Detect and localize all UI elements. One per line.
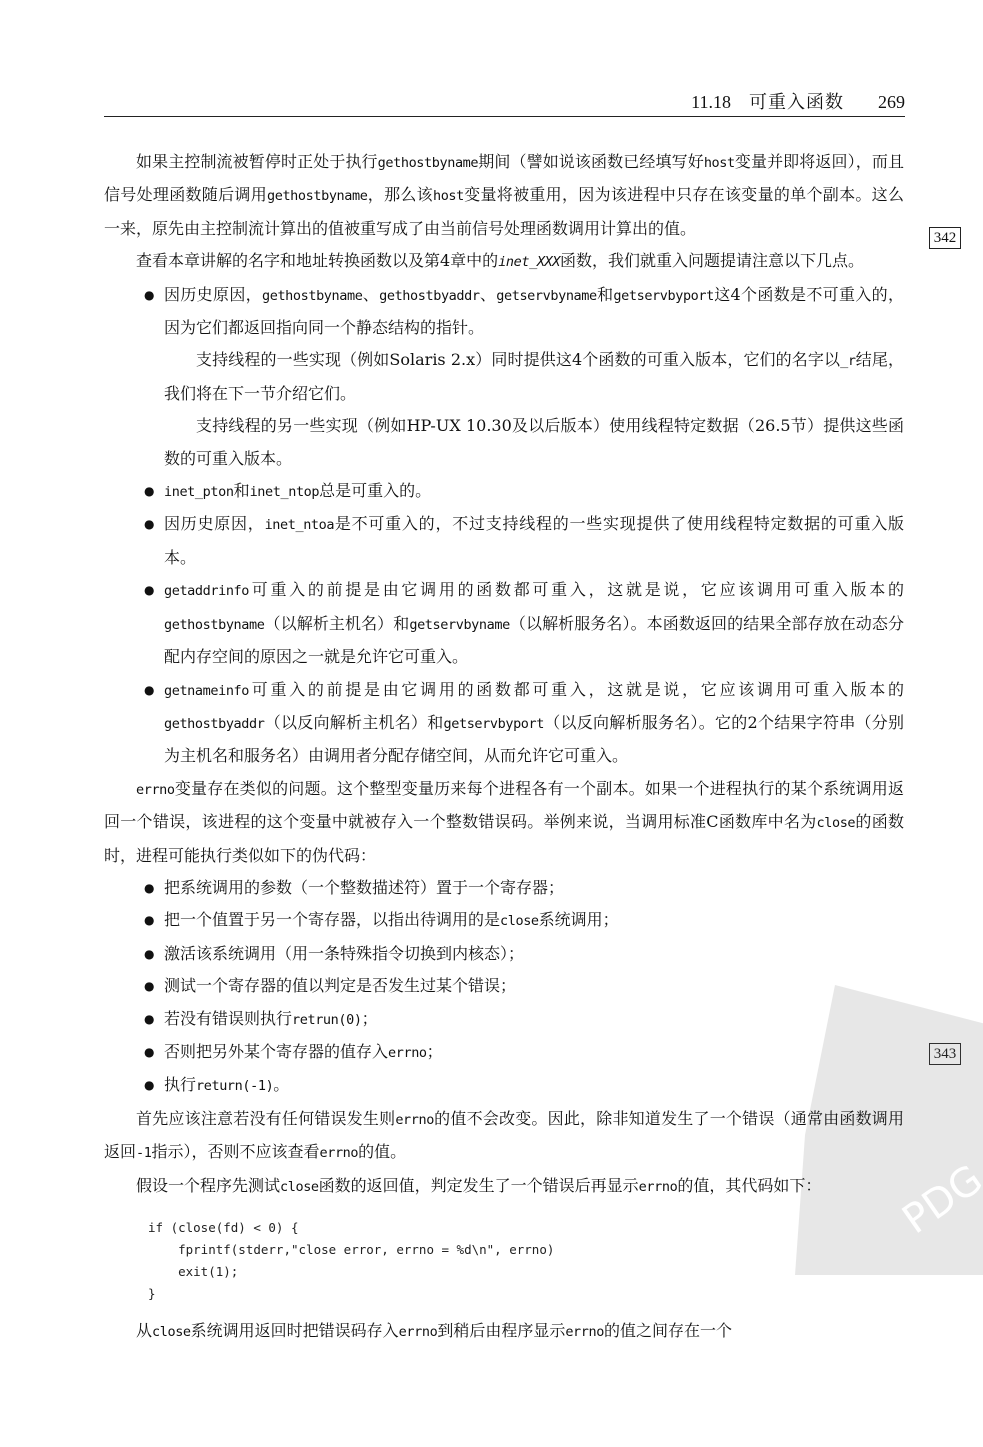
- margin-page-ref-343: 343: [929, 1043, 961, 1065]
- svg-text:PDG: PDG: [894, 1156, 983, 1243]
- code-line: if (close(fd) < 0) {: [148, 1217, 904, 1239]
- sub-paragraph-solaris: 支持线程的一些实现（例如Solaris 2.x）同时提供这4个函数的可重入版本，…: [164, 344, 904, 410]
- bullet-icon: ●: [144, 475, 154, 507]
- bullet-icon: ●: [144, 279, 154, 311]
- book-page: 11.18可重入函数269 342 343 PDG 如果主控制流被暂停时正处于执…: [0, 0, 983, 1447]
- list-item: ●测试一个寄存器的值以判定是否发生过某个错误；: [104, 970, 904, 1002]
- list-item: ●执行return(-1)。: [104, 1069, 904, 1102]
- sub-paragraph-hpux: 支持线程的另一些实现（例如HP-UX 10.30及以后版本）使用线程特定数据（2…: [164, 410, 904, 475]
- bullet-icon: ●: [144, 872, 154, 904]
- paragraph-errno-unchanged: 首先应该注意若没有任何错误发生则errno的值不会改变。因此，除非知道发生了一个…: [104, 1103, 904, 1170]
- pseudocode-bullet-list: ●把系统调用的参数（一个整数描述符）置于一个寄存器； ●把一个值置于另一个寄存器…: [104, 872, 904, 1103]
- bullet-icon: ●: [144, 1003, 154, 1035]
- paragraph-errno-problem: errno变量存在类似的问题。这个整型变量历来每个进程各有一个副本。如果一个进程…: [104, 773, 904, 872]
- bullet-icon: ●: [144, 1069, 154, 1101]
- code-line: }: [148, 1283, 904, 1305]
- paragraph-reentrancy-intro: 查看本章讲解的名字和地址转换函数以及第4章中的inet_XXX函数，我们就重入问…: [104, 245, 904, 278]
- page-number: 269: [878, 92, 905, 113]
- bullet-icon: ●: [144, 574, 154, 606]
- code-block: if (close(fd) < 0) { fprintf(stderr,"clo…: [148, 1217, 904, 1305]
- list-item: ●把系统调用的参数（一个整数描述符）置于一个寄存器；: [104, 872, 904, 904]
- section-title: 可重入函数: [749, 88, 844, 114]
- code-line: exit(1);: [148, 1261, 904, 1283]
- reentrancy-bullet-list: ● 因历史原因，gethostbyname、gethostbyaddr、gets…: [104, 279, 904, 773]
- list-item: ● getnameinfo可重入的前提是由它调用的函数都可重入，这就是说，它应该…: [104, 674, 904, 773]
- bullet-icon: ●: [144, 508, 154, 540]
- margin-page-ref-342: 342: [929, 227, 961, 249]
- bullet-icon: ●: [144, 904, 154, 936]
- paragraph-close-example: 假设一个程序先测试close函数的返回值，判定发生了一个错误后再显示errno的…: [104, 1170, 904, 1203]
- bullet-icon: ●: [144, 674, 154, 706]
- paragraph-race-window: 从close系统调用返回时把错误码存入errno到稍后由程序显示errno的值之…: [104, 1315, 904, 1348]
- list-item: ● 因历史原因，gethostbyname、gethostbyaddr、gets…: [104, 279, 904, 475]
- paragraph-host-overwrite: 如果主控制流被暂停时正处于执行gethostbyname期间（譬如说该函数已经填…: [104, 146, 904, 245]
- list-item: ● getaddrinfo可重入的前提是由它调用的函数都可重入，这就是说，它应该…: [104, 574, 904, 673]
- page-body: 如果主控制流被暂停时正处于执行gethostbyname期间（譬如说该函数已经填…: [104, 146, 904, 1348]
- list-item: ●若没有错误则执行retrun(0)；: [104, 1003, 904, 1036]
- running-header: 11.18可重入函数269: [104, 88, 905, 117]
- list-item: ●激活该系统调用（用一条特殊指令切换到内核态）；: [104, 938, 904, 970]
- section-number: 11.18: [691, 92, 731, 113]
- list-item: ● inet_pton和inet_ntop总是可重入的。: [104, 475, 904, 508]
- list-item: ● 因历史原因，inet_ntoa是不可重入的，不过支持线程的一些实现提供了使用…: [104, 508, 904, 574]
- list-item: ●把一个值置于另一个寄存器，以指出待调用的是close系统调用；: [104, 904, 904, 937]
- list-item: ●否则把另外某个寄存器的值存入errno；: [104, 1036, 904, 1069]
- code-line: fprintf(stderr,"close error, errno = %d\…: [148, 1239, 904, 1261]
- bullet-icon: ●: [144, 970, 154, 1002]
- bullet-icon: ●: [144, 938, 154, 970]
- bullet-icon: ●: [144, 1036, 154, 1068]
